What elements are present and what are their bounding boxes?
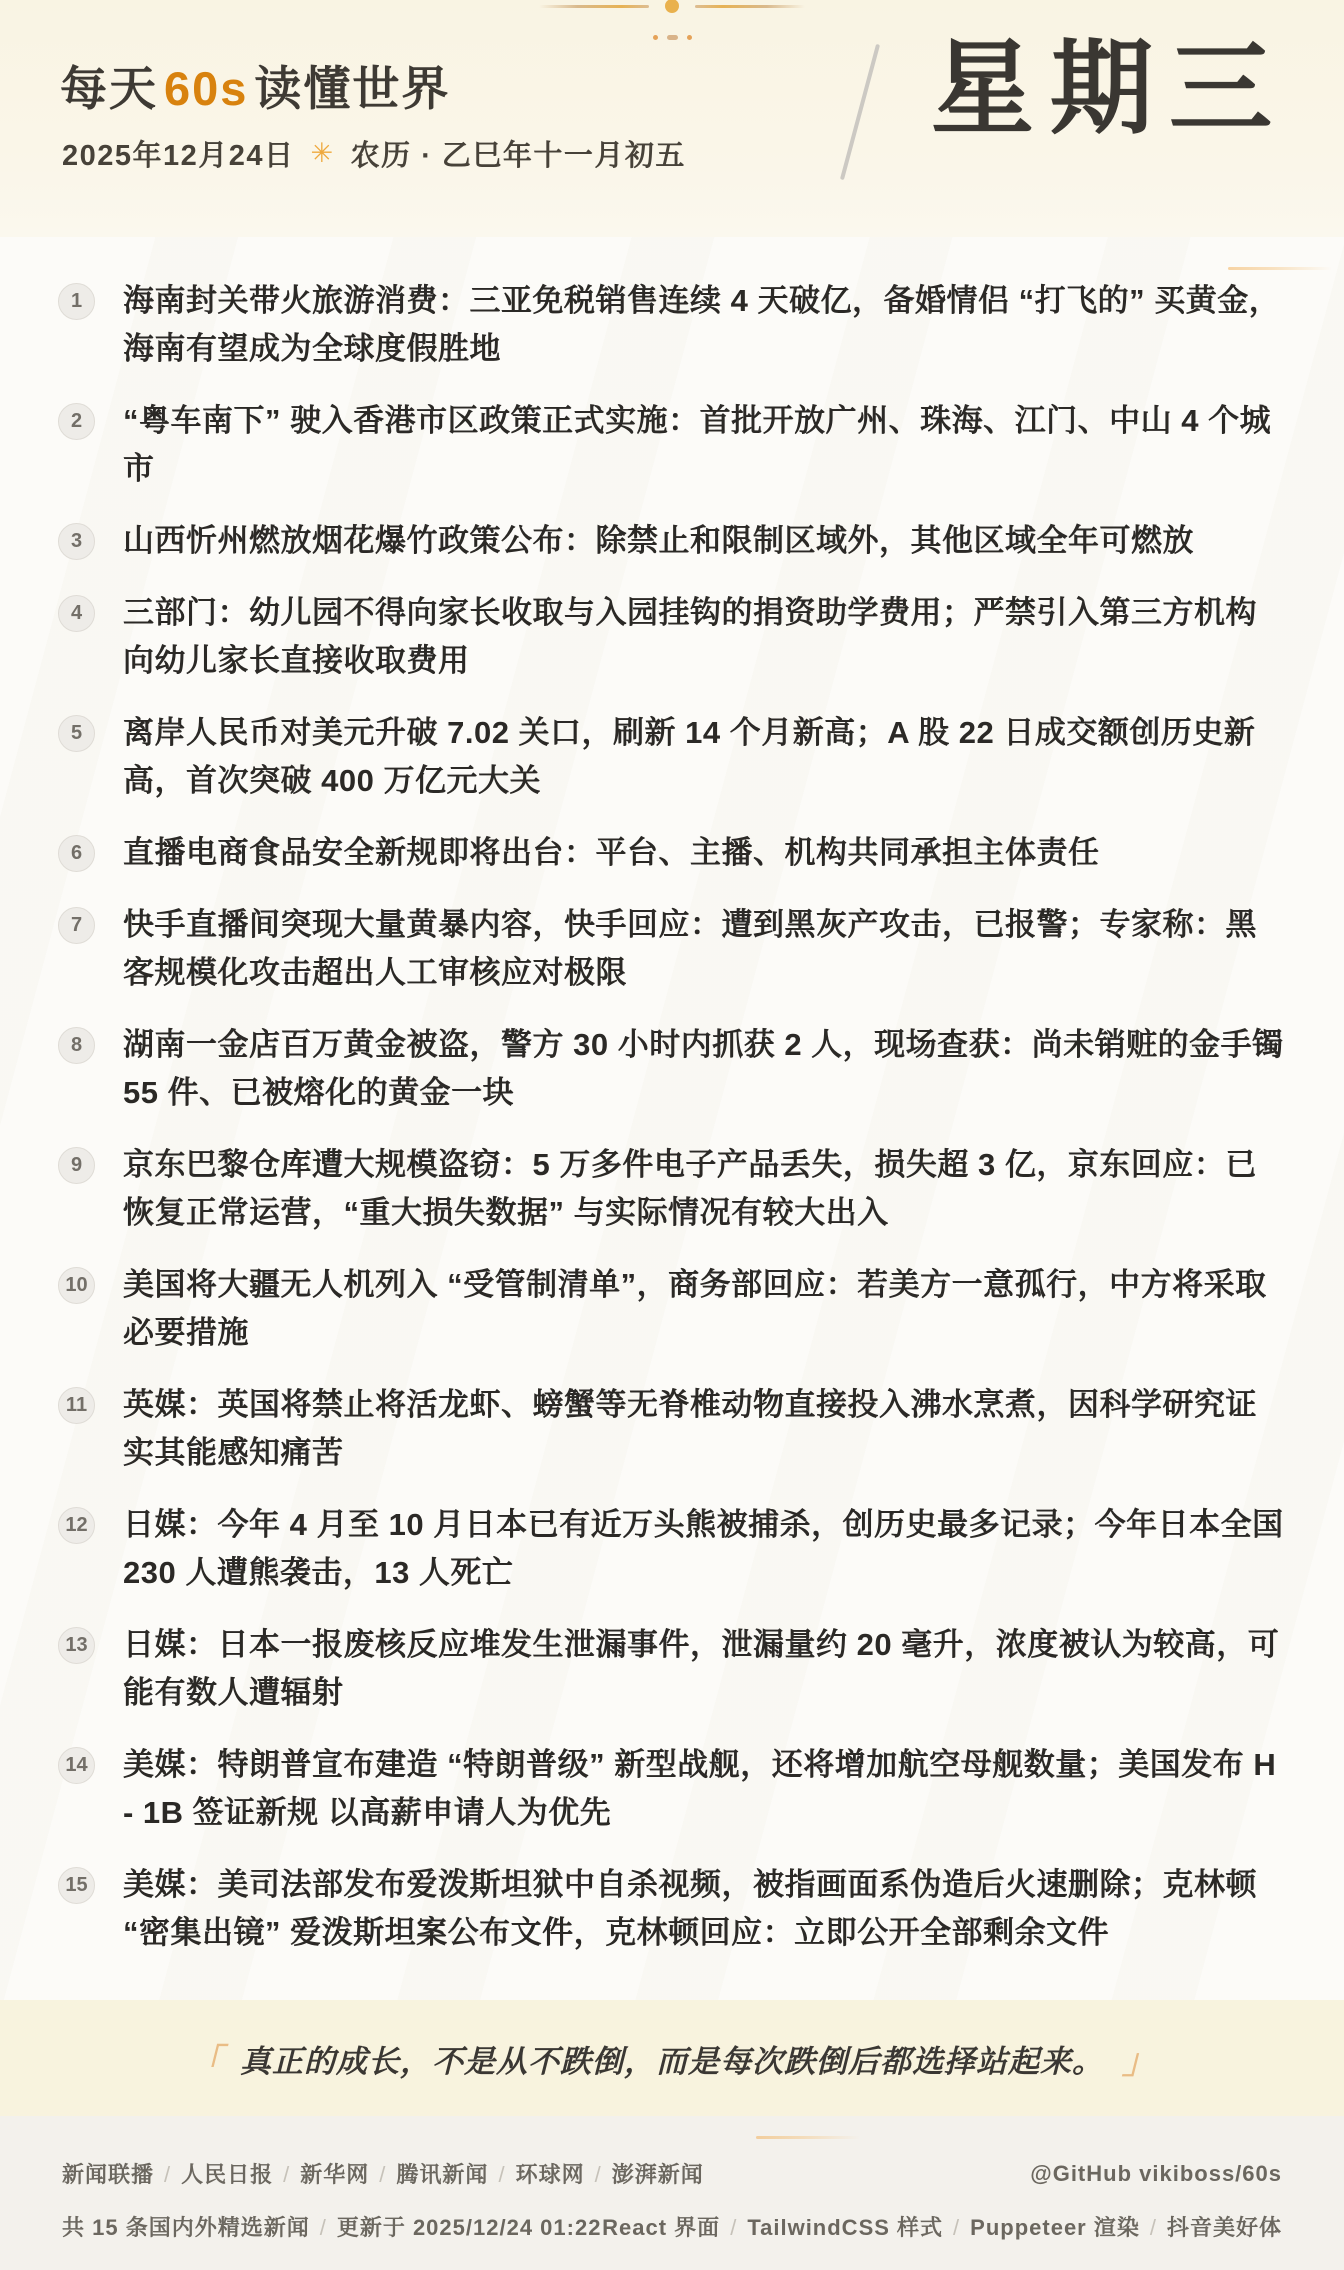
slash-separator: / — [273, 2162, 300, 2187]
date-line: 2025年12月24日 ✳ 农历 · 乙巳年十一月初五 — [62, 133, 686, 174]
footer-segment: 新闻联播 — [62, 2162, 154, 2187]
quote-text: 真正的成长，不是从不跌倒，而是每次跌倒后都选择站起来。 — [240, 2036, 1104, 2081]
news-item: 6直播电商食品安全新规即将出台：平台、主播、机构共同承担主体责任 — [58, 829, 1286, 877]
title-highlight-60s: 60s — [158, 62, 254, 115]
news-item-text: 海南封关带火旅游消费：三亚免税销售连续 4 天破亿，备婚情侣 “打飞的” 买黄金… — [123, 277, 1286, 373]
news-item: 13日媒：日本一报废核反应堆发生泄漏事件，泄漏量约 20 毫升，浓度被认为较高，… — [58, 1621, 1286, 1717]
news-item-text: 美媒：特朗普宣布建造 “特朗普级” 新型战舰，还将增加航空母舰数量；美国发布 H… — [123, 1741, 1286, 1837]
news-item: 14美媒：特朗普宣布建造 “特朗普级” 新型战舰，还将增加航空母舰数量；美国发布… — [58, 1741, 1286, 1837]
news-list: 1海南封关带火旅游消费：三亚免税销售连续 4 天破亿，备婚情侣 “打飞的” 买黄… — [0, 237, 1344, 2000]
lunar-date: 农历 · 乙巳年十一月初五 — [351, 133, 686, 174]
news-item-text: 离岸人民币对美元升破 7.02 关口，刷新 14 个月新高；A 股 22 日成交… — [123, 709, 1286, 805]
footer-segment: 澎湃新闻 — [612, 2162, 704, 2187]
footer-segment: 新华网 — [300, 2162, 369, 2187]
footer-row-meta: 共 15 条国内外精选新闻/更新于 2025/12/24 01:22 React… — [62, 2211, 1282, 2242]
footer-segment: 环球网 — [516, 2162, 585, 2187]
news-item: 7快手直播间突现大量黄暴内容，快手回应：遭到黑灰产攻击，已报警；专家称：黑客规模… — [58, 901, 1286, 997]
slash-separator: / — [310, 2215, 337, 2240]
news-sources: 新闻联播/人民日报/新华网/腾讯新闻/环球网/澎湃新闻 — [62, 2158, 704, 2189]
footer-segment: 共 15 条国内外精选新闻 — [62, 2215, 310, 2240]
slash-separator: / — [488, 2162, 515, 2187]
top-decoration — [522, 0, 822, 40]
news-item: 2“粤车南下” 驶入香港市区政策正式实施：首批开放广州、珠海、江门、中山 4 个… — [58, 397, 1286, 493]
news-item-text: 三部门：幼儿园不得向家长收取与入园挂钩的捐资助学费用；严禁引入第三方机构向幼儿家… — [123, 589, 1286, 685]
weekday-label: 星期三 — [931, 22, 1288, 156]
news-item-number: 2 — [58, 403, 95, 440]
quote-bar: 「 真正的成长，不是从不跌倒，而是每次跌倒后都选择站起来。 」 — [0, 2000, 1344, 2116]
news-item-number: 3 — [58, 523, 95, 560]
news-item-text: 日媒：今年 4 月至 10 月日本已有近万头熊被捕杀，创历史最多记录；今年日本全… — [123, 1501, 1286, 1597]
news-item-text: 山西忻州燃放烟花爆竹政策公布：除禁止和限制区域外，其他区域全年可燃放 — [123, 517, 1194, 565]
gregorian-date: 2025年12月24日 — [62, 133, 295, 174]
tech-stack: React 界面/TailwindCSS 样式/Puppeteer 渲染/抖音美… — [602, 2211, 1282, 2242]
footer-segment: Puppeteer 渲染 — [970, 2215, 1140, 2240]
news-item-text: 快手直播间突现大量黄暴内容，快手回应：遭到黑灰产攻击，已报警；专家称：黑客规模化… — [123, 901, 1286, 997]
footer-segment: TailwindCSS 样式 — [747, 2215, 943, 2240]
news-item-number: 7 — [58, 907, 95, 944]
news-item-number: 15 — [58, 1867, 95, 1904]
news-item-text: 美国将大疆无人机列入 “受管制清单”，商务部回应：若美方一意孤行，中方将采取必要… — [123, 1261, 1286, 1357]
slash-separator: / — [585, 2162, 612, 2187]
news-item-number: 8 — [58, 1027, 95, 1064]
deco-line-left-icon — [539, 5, 649, 8]
footer-segment: 更新于 2025/12/24 01:22 — [337, 2215, 602, 2240]
footer-segment: 抖音美好体 — [1167, 2215, 1282, 2240]
footer: 新闻联播/人民日报/新华网/腾讯新闻/环球网/澎湃新闻 @GitHub viki… — [0, 2116, 1344, 2270]
page-title: 每天60s读懂世界 — [60, 52, 450, 119]
news-item-number: 12 — [58, 1507, 95, 1544]
news-item-text: “粤车南下” 驶入香港市区政策正式实施：首批开放广州、珠海、江门、中山 4 个城… — [123, 397, 1286, 493]
news-item-number: 10 — [58, 1267, 95, 1304]
watermark-squiggle-icon — [1228, 267, 1332, 270]
header: 每天60s读懂世界 2025年12月24日 ✳ 农历 · 乙巳年十一月初五 星期… — [0, 0, 1344, 237]
news-item-text: 湖南一金店百万黄金被盗，警方 30 小时内抓获 2 人，现场查获：尚未销赃的金手… — [123, 1021, 1286, 1117]
news-item-number: 1 — [58, 283, 95, 320]
news-item: 5离岸人民币对美元升破 7.02 关口，刷新 14 个月新高；A 股 22 日成… — [58, 709, 1286, 805]
footer-segment: React 界面 — [602, 2215, 720, 2240]
news-item: 15美媒：美司法部发布爱泼斯坦狱中自杀视频，被指画面系伪造后火速删除；克林顿 “… — [58, 1861, 1286, 1957]
news-item-number: 6 — [58, 835, 95, 872]
news-digest-poster: 每天60s读懂世界 2025年12月24日 ✳ 农历 · 乙巳年十一月初五 星期… — [0, 0, 1344, 2270]
quote-open-bracket-icon: 「 — [188, 2034, 222, 2083]
news-item-number: 13 — [58, 1627, 95, 1664]
news-item: 12日媒：今年 4 月至 10 月日本已有近万头熊被捕杀，创历史最多记录；今年日… — [58, 1501, 1286, 1597]
news-item: 11英媒：英国将禁止将活龙虾、螃蟹等无脊椎动物直接投入沸水烹煮，因科学研究证实其… — [58, 1381, 1286, 1477]
news-item: 8湖南一金店百万黄金被盗，警方 30 小时内抓获 2 人，现场查获：尚未销赃的金… — [58, 1021, 1286, 1117]
deco-line-right-icon — [695, 5, 805, 8]
news-item-text: 京东巴黎仓库遭大规模盗窃：5 万多件电子产品丢失，损失超 3 亿，京东回应：已恢… — [123, 1141, 1286, 1237]
news-item-text: 美媒：美司法部发布爱泼斯坦狱中自杀视频，被指画面系伪造后火速删除；克林顿 “密集… — [123, 1861, 1286, 1957]
news-item-text: 英媒：英国将禁止将活龙虾、螃蟹等无脊椎动物直接投入沸水烹煮，因科学研究证实其能感… — [123, 1381, 1286, 1477]
deco-dots-icon — [522, 35, 822, 40]
news-item-number: 9 — [58, 1147, 95, 1184]
footer-segment: 腾讯新闻 — [396, 2162, 488, 2187]
slash-separator: / — [943, 2215, 970, 2240]
header-slash-divider — [840, 44, 880, 180]
watermark-squiggle-icon — [756, 2136, 860, 2139]
title-prefix: 每天 — [60, 62, 158, 115]
title-suffix: 读懂世界 — [254, 62, 450, 115]
news-item: 9京东巴黎仓库遭大规模盗窃：5 万多件电子产品丢失，损失超 3 亿，京东回应：已… — [58, 1141, 1286, 1237]
github-credit: @GitHub vikiboss/60s — [1030, 2161, 1282, 2187]
slash-separator: / — [154, 2162, 181, 2187]
slash-separator: / — [1140, 2215, 1167, 2240]
news-item-number: 4 — [58, 595, 95, 632]
news-item: 1海南封关带火旅游消费：三亚免税销售连续 4 天破亿，备婚情侣 “打飞的” 买黄… — [58, 277, 1286, 373]
asterisk-flower-icon: ✳ — [311, 138, 335, 169]
footer-row-sources: 新闻联播/人民日报/新华网/腾讯新闻/环球网/澎湃新闻 @GitHub viki… — [62, 2158, 1282, 2189]
news-item: 4三部门：幼儿园不得向家长收取与入园挂钩的捐资助学费用；严禁引入第三方机构向幼儿… — [58, 589, 1286, 685]
slash-separator: / — [720, 2215, 747, 2240]
slash-separator: / — [369, 2162, 396, 2187]
news-item-number: 11 — [58, 1387, 95, 1424]
deco-sun-dot-icon — [665, 0, 679, 13]
news-item: 10美国将大疆无人机列入 “受管制清单”，商务部回应：若美方一意孤行，中方将采取… — [58, 1261, 1286, 1357]
news-item-text: 直播电商食品安全新规即将出台：平台、主播、机构共同承担主体责任 — [123, 829, 1100, 877]
footer-segment: 人民日报 — [181, 2162, 273, 2187]
quote-close-bracket-icon: 」 — [1122, 2034, 1156, 2083]
news-item-text: 日媒：日本一报废核反应堆发生泄漏事件，泄漏量约 20 毫升，浓度被认为较高，可能… — [123, 1621, 1286, 1717]
news-item-number: 14 — [58, 1747, 95, 1784]
news-item: 3山西忻州燃放烟花爆竹政策公布：除禁止和限制区域外，其他区域全年可燃放 — [58, 517, 1286, 565]
news-item-number: 5 — [58, 715, 95, 752]
digest-meta: 共 15 条国内外精选新闻/更新于 2025/12/24 01:22 — [62, 2211, 601, 2242]
